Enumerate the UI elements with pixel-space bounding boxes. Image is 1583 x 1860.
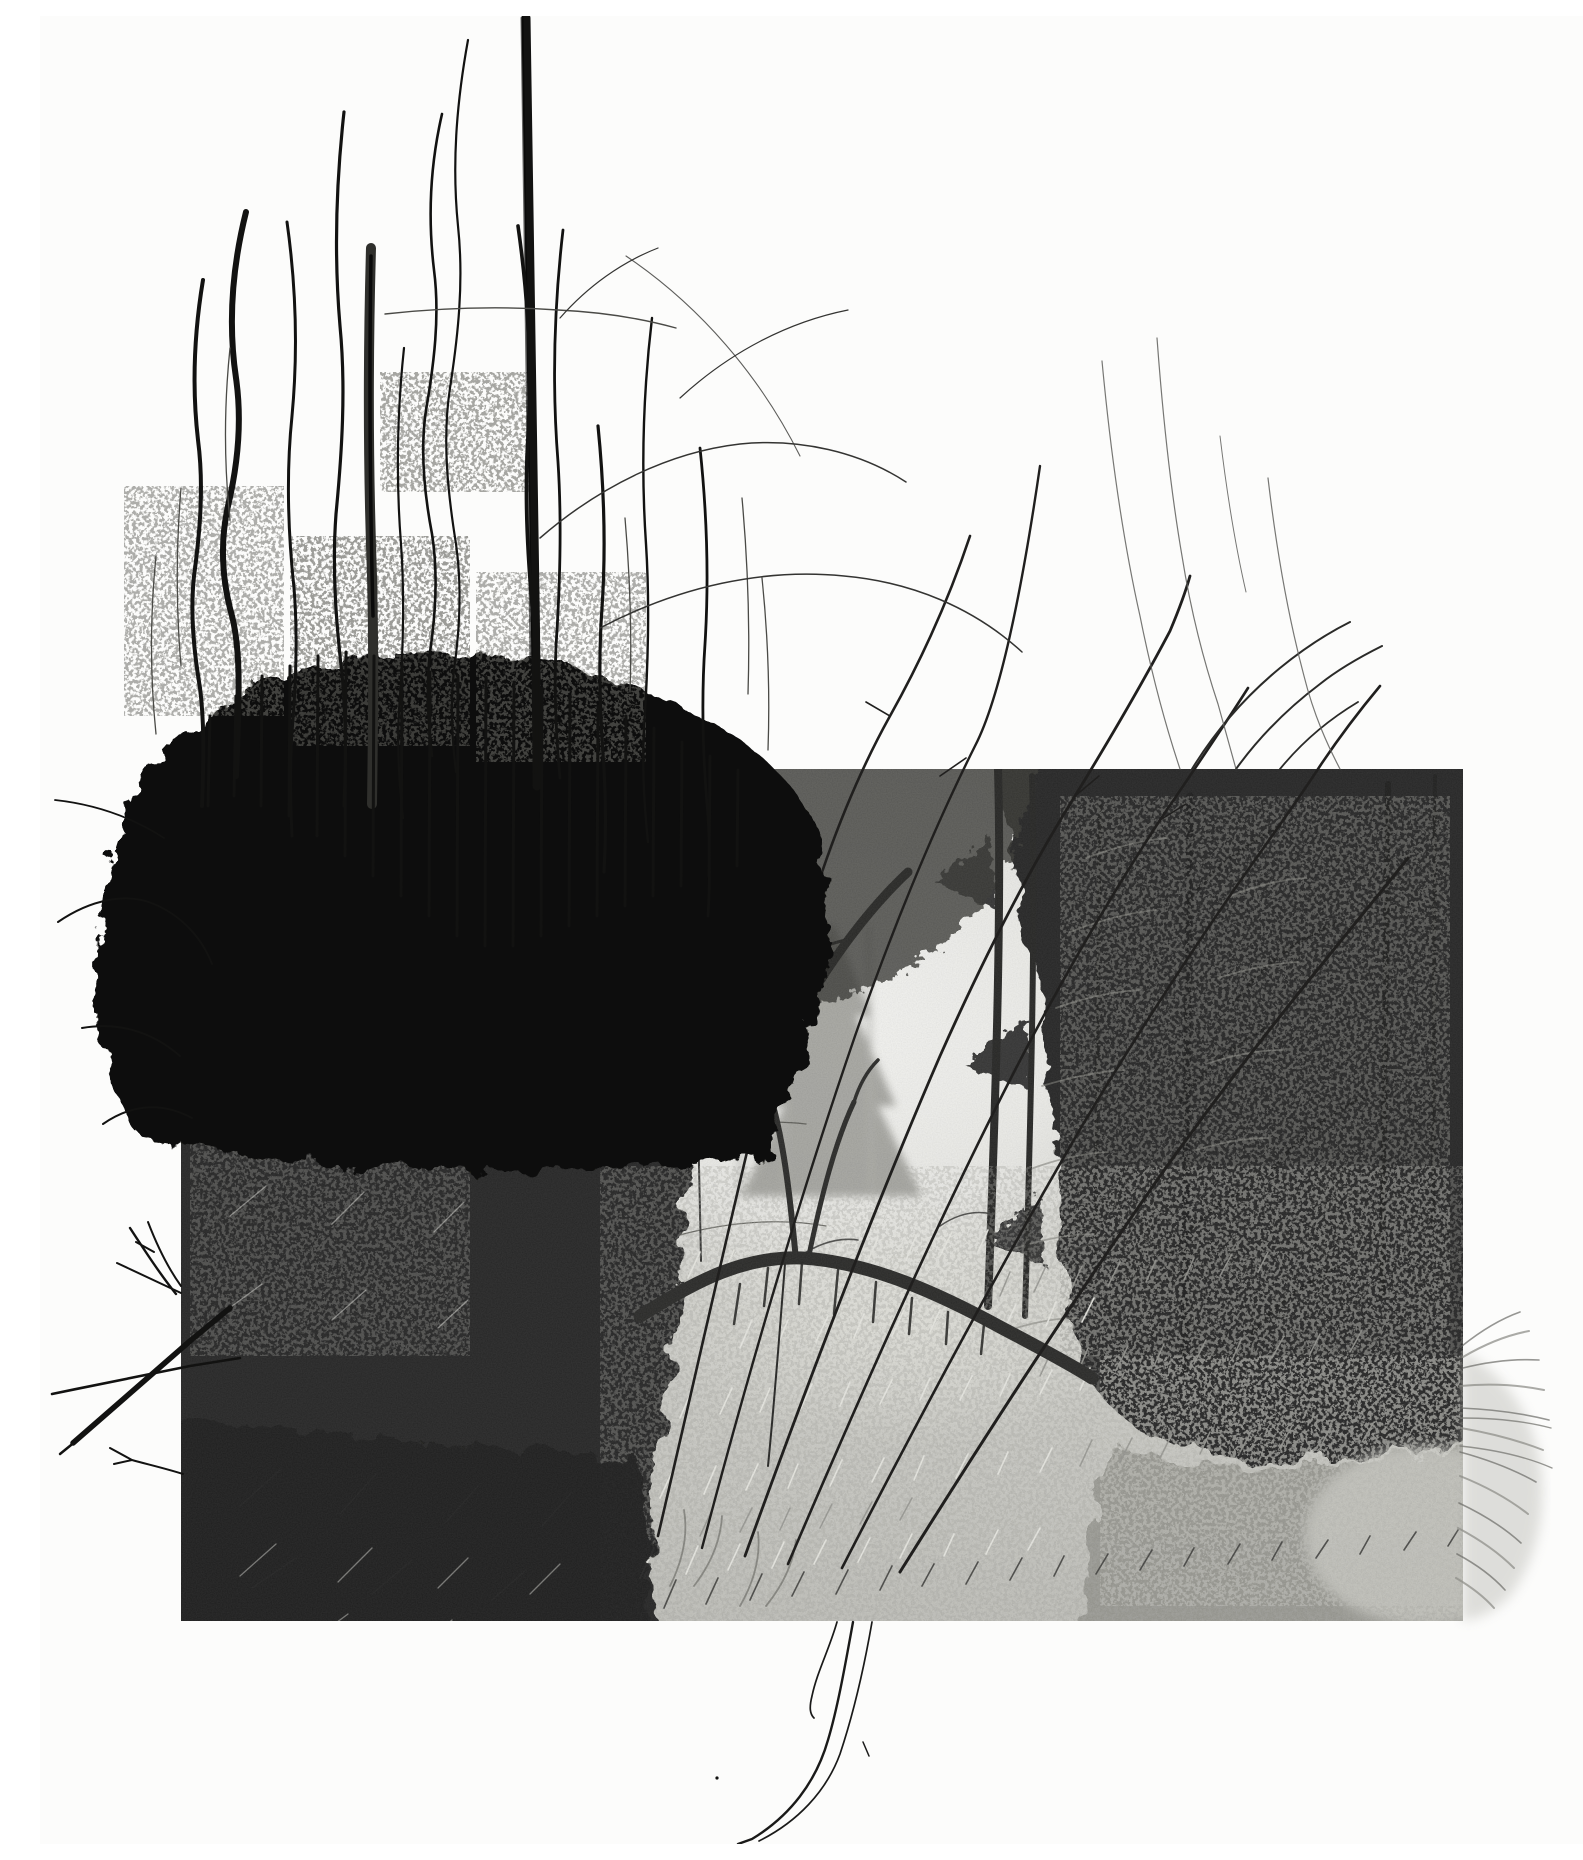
- foliage-speck-patch: [380, 372, 530, 492]
- artwork: [40, 16, 1583, 1844]
- photomontage-canvas: [40, 16, 1583, 1844]
